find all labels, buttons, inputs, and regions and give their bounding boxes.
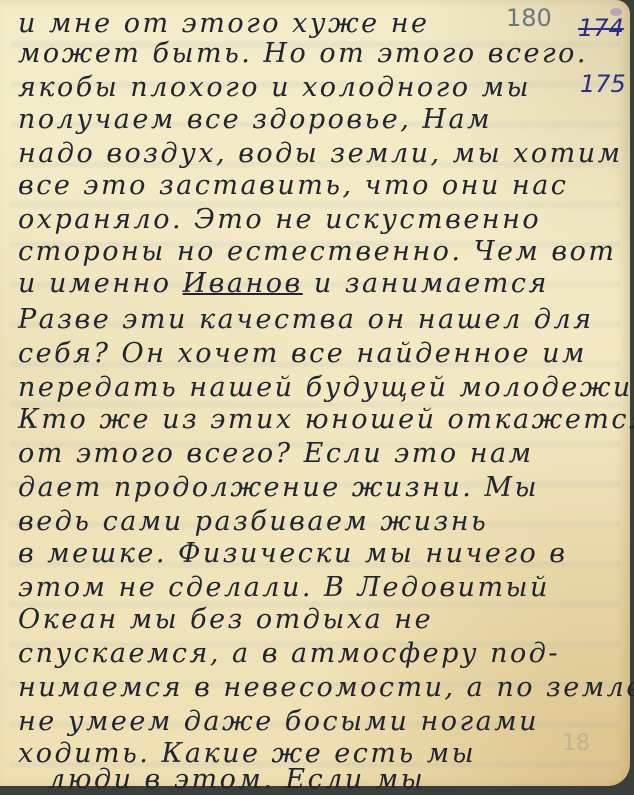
- handwritten-line: Разве эти качества он нашел для: [18, 306, 594, 333]
- handwritten-line: и мне от этого хуже не: [18, 10, 430, 37]
- line-suffix: и занимается: [303, 268, 549, 299]
- handwritten-line: Океан мы без отдыха не: [18, 606, 433, 633]
- faint-bleed-number: 18: [562, 731, 590, 756]
- line-prefix: и именно: [18, 268, 183, 299]
- handwritten-line: передать нашей будущей молодежи.: [18, 374, 634, 401]
- pencil-page-number: 180: [506, 4, 552, 32]
- handwritten-line: дает продолжение жизни. Мы: [18, 474, 539, 501]
- handwritten-line: нимаемся в невесомости, а по земле: [18, 674, 634, 701]
- handwritten-line: все это заставить, что они нас: [18, 172, 568, 199]
- handwritten-line: от этого всего? Если это нам: [18, 440, 534, 467]
- handwritten-line: Кто же из этих юношей откажется: [18, 406, 634, 433]
- handwritten-line: может быть. Но от этого всего.: [18, 40, 588, 67]
- handwritten-line-with-name: и именно Иванов и занимается: [18, 270, 549, 297]
- notebook-page: 180 174 175 18 и мне от этого хуже не мо…: [0, 0, 630, 786]
- handwritten-line: получаем все здоровье, Нам: [18, 106, 492, 133]
- handwritten-line: стороны но естественно. Чем вот: [18, 238, 616, 265]
- handwritten-line: себя? Он хочет все найденное им: [18, 340, 587, 367]
- ink-page-number: 175: [580, 70, 626, 98]
- underlined-name: Иванов: [183, 268, 303, 299]
- handwritten-line: ведь сами разбиваем жизнь: [18, 508, 488, 535]
- handwritten-line: охраняло. Это не искуственно: [18, 206, 541, 233]
- handwritten-line: ходить. Какие же есть мы: [18, 740, 476, 767]
- handwritten-line: в мешке. Физически мы ничего в: [18, 540, 568, 567]
- handwritten-line: якобы плохого и холодного мы: [18, 74, 531, 101]
- handwritten-line: этом не сделали. В Ледовитый: [18, 574, 550, 601]
- handwritten-line: не умеем даже босыми ногами: [18, 708, 539, 735]
- handwritten-line: люди в этом. Если мы: [48, 766, 425, 793]
- handwritten-line: надо воздух, воды земли, мы хотим: [18, 140, 623, 167]
- handwritten-line: спускаемся, а в атмосферу под-: [18, 640, 560, 667]
